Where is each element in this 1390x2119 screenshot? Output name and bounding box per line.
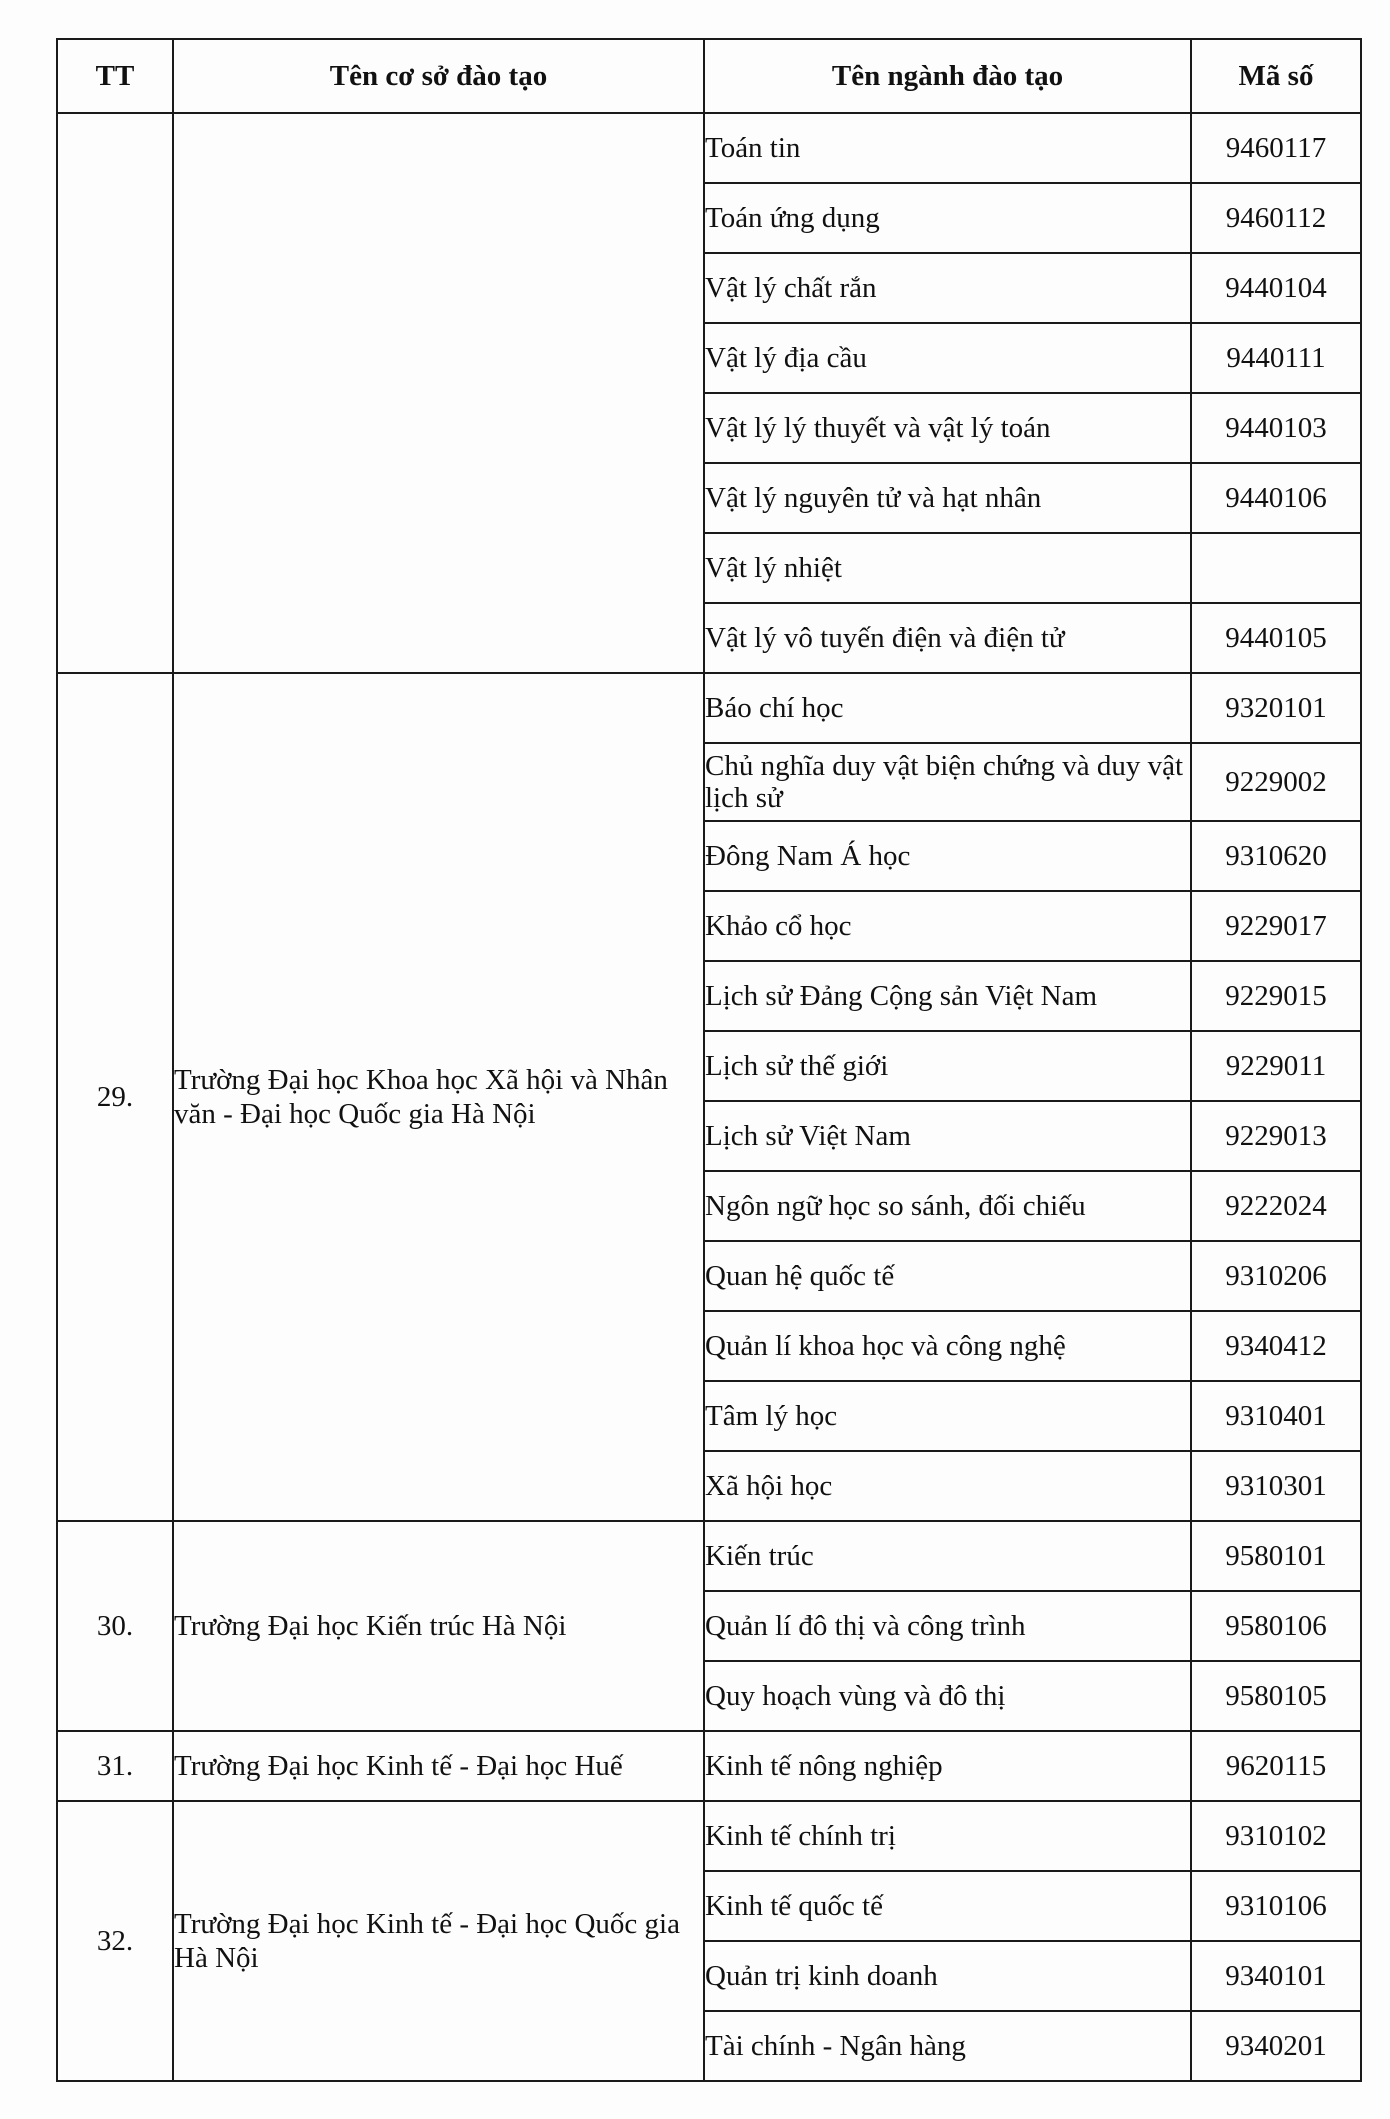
major-code: 9440104 bbox=[1191, 253, 1361, 323]
major-name: Khảo cổ học bbox=[704, 891, 1191, 961]
major-name: Toán tin bbox=[704, 113, 1191, 183]
major-code: 9440106 bbox=[1191, 463, 1361, 533]
major-code: 9310106 bbox=[1191, 1871, 1361, 1941]
major-code: 9310620 bbox=[1191, 821, 1361, 891]
major-code: 9310301 bbox=[1191, 1451, 1361, 1521]
major-code: 9229013 bbox=[1191, 1101, 1361, 1171]
major-code: 9340412 bbox=[1191, 1311, 1361, 1381]
major-code: 9222024 bbox=[1191, 1171, 1361, 1241]
major-code: 9460117 bbox=[1191, 113, 1361, 183]
major-name: Tâm lý học bbox=[704, 1381, 1191, 1451]
major-name: Kinh tế quốc tế bbox=[704, 1871, 1191, 1941]
major-name: Toán ứng dụng bbox=[704, 183, 1191, 253]
major-name: Chủ nghĩa duy vật biện chứng và duy vật … bbox=[704, 743, 1191, 821]
table-row: Toán tin9460117 bbox=[57, 113, 1361, 183]
major-code: 9229015 bbox=[1191, 961, 1361, 1031]
row-number bbox=[57, 113, 173, 673]
major-name: Kinh tế chính trị bbox=[704, 1801, 1191, 1871]
header-major: Tên ngành đào tạo bbox=[704, 39, 1191, 113]
major-code: 9460112 bbox=[1191, 183, 1361, 253]
major-name: Đông Nam Á học bbox=[704, 821, 1191, 891]
major-code: 9440111 bbox=[1191, 323, 1361, 393]
major-name: Quản lí khoa học và công nghệ bbox=[704, 1311, 1191, 1381]
major-code: 9580105 bbox=[1191, 1661, 1361, 1731]
major-code bbox=[1191, 533, 1361, 603]
major-code: 9440105 bbox=[1191, 603, 1361, 673]
table-row: 29.Trường Đại học Khoa học Xã hội và Nhâ… bbox=[57, 673, 1361, 743]
training-programs-table: TT Tên cơ sở đào tạo Tên ngành đào tạo M… bbox=[56, 38, 1362, 2082]
major-name: Kinh tế nông nghiệp bbox=[704, 1731, 1191, 1801]
header-tt: TT bbox=[57, 39, 173, 113]
table-row: 30.Trường Đại học Kiến trúc Hà NộiKiến t… bbox=[57, 1521, 1361, 1591]
table-body: Toán tin9460117Toán ứng dụng9460112Vật l… bbox=[57, 113, 1361, 2081]
major-name: Báo chí học bbox=[704, 673, 1191, 743]
row-number: 32. bbox=[57, 1801, 173, 2081]
major-name: Vật lý địa cầu bbox=[704, 323, 1191, 393]
major-code: 9310206 bbox=[1191, 1241, 1361, 1311]
major-name: Vật lý vô tuyến điện và điện tử bbox=[704, 603, 1191, 673]
table-row: 31.Trường Đại học Kinh tế - Đại học HuếK… bbox=[57, 1731, 1361, 1801]
institution-name: Trường Đại học Kiến trúc Hà Nội bbox=[173, 1521, 704, 1731]
major-code: 9310401 bbox=[1191, 1381, 1361, 1451]
major-name: Quản lí đô thị và công trình bbox=[704, 1591, 1191, 1661]
institution-name bbox=[173, 113, 704, 673]
major-code: 9580101 bbox=[1191, 1521, 1361, 1591]
header-code: Mã số bbox=[1191, 39, 1361, 113]
row-number: 29. bbox=[57, 673, 173, 1521]
major-name: Ngôn ngữ học so sánh, đối chiếu bbox=[704, 1171, 1191, 1241]
major-name: Quy hoạch vùng và đô thị bbox=[704, 1661, 1191, 1731]
major-name: Lịch sử Đảng Cộng sản Việt Nam bbox=[704, 961, 1191, 1031]
major-code: 9340101 bbox=[1191, 1941, 1361, 2011]
major-code: 9310102 bbox=[1191, 1801, 1361, 1871]
major-name: Vật lý lý thuyết và vật lý toán bbox=[704, 393, 1191, 463]
table-row: 32.Trường Đại học Kinh tế - Đại học Quốc… bbox=[57, 1801, 1361, 1871]
major-name: Quan hệ quốc tế bbox=[704, 1241, 1191, 1311]
major-name: Quản trị kinh doanh bbox=[704, 1941, 1191, 2011]
major-code: 9620115 bbox=[1191, 1731, 1361, 1801]
header-institution: Tên cơ sở đào tạo bbox=[173, 39, 704, 113]
major-name: Vật lý nguyên tử và hạt nhân bbox=[704, 463, 1191, 533]
major-name: Tài chính - Ngân hàng bbox=[704, 2011, 1191, 2081]
major-code: 9229017 bbox=[1191, 891, 1361, 961]
major-name: Xã hội học bbox=[704, 1451, 1191, 1521]
row-number: 30. bbox=[57, 1521, 173, 1731]
major-code: 9320101 bbox=[1191, 673, 1361, 743]
major-code: 9580106 bbox=[1191, 1591, 1361, 1661]
major-code: 9440103 bbox=[1191, 393, 1361, 463]
major-name: Vật lý chất rắn bbox=[704, 253, 1191, 323]
institution-name: Trường Đại học Kinh tế - Đại học Quốc gi… bbox=[173, 1801, 704, 2081]
institution-name: Trường Đại học Kinh tế - Đại học Huế bbox=[173, 1731, 704, 1801]
major-name: Vật lý nhiệt bbox=[704, 533, 1191, 603]
major-code: 9229011 bbox=[1191, 1031, 1361, 1101]
row-number: 31. bbox=[57, 1731, 173, 1801]
header-row: TT Tên cơ sở đào tạo Tên ngành đào tạo M… bbox=[57, 39, 1361, 113]
major-name: Lịch sử thế giới bbox=[704, 1031, 1191, 1101]
major-code: 9229002 bbox=[1191, 743, 1361, 821]
major-code: 9340201 bbox=[1191, 2011, 1361, 2081]
major-name: Lịch sử Việt Nam bbox=[704, 1101, 1191, 1171]
institution-name: Trường Đại học Khoa học Xã hội và Nhân v… bbox=[173, 673, 704, 1521]
major-name: Kiến trúc bbox=[704, 1521, 1191, 1591]
